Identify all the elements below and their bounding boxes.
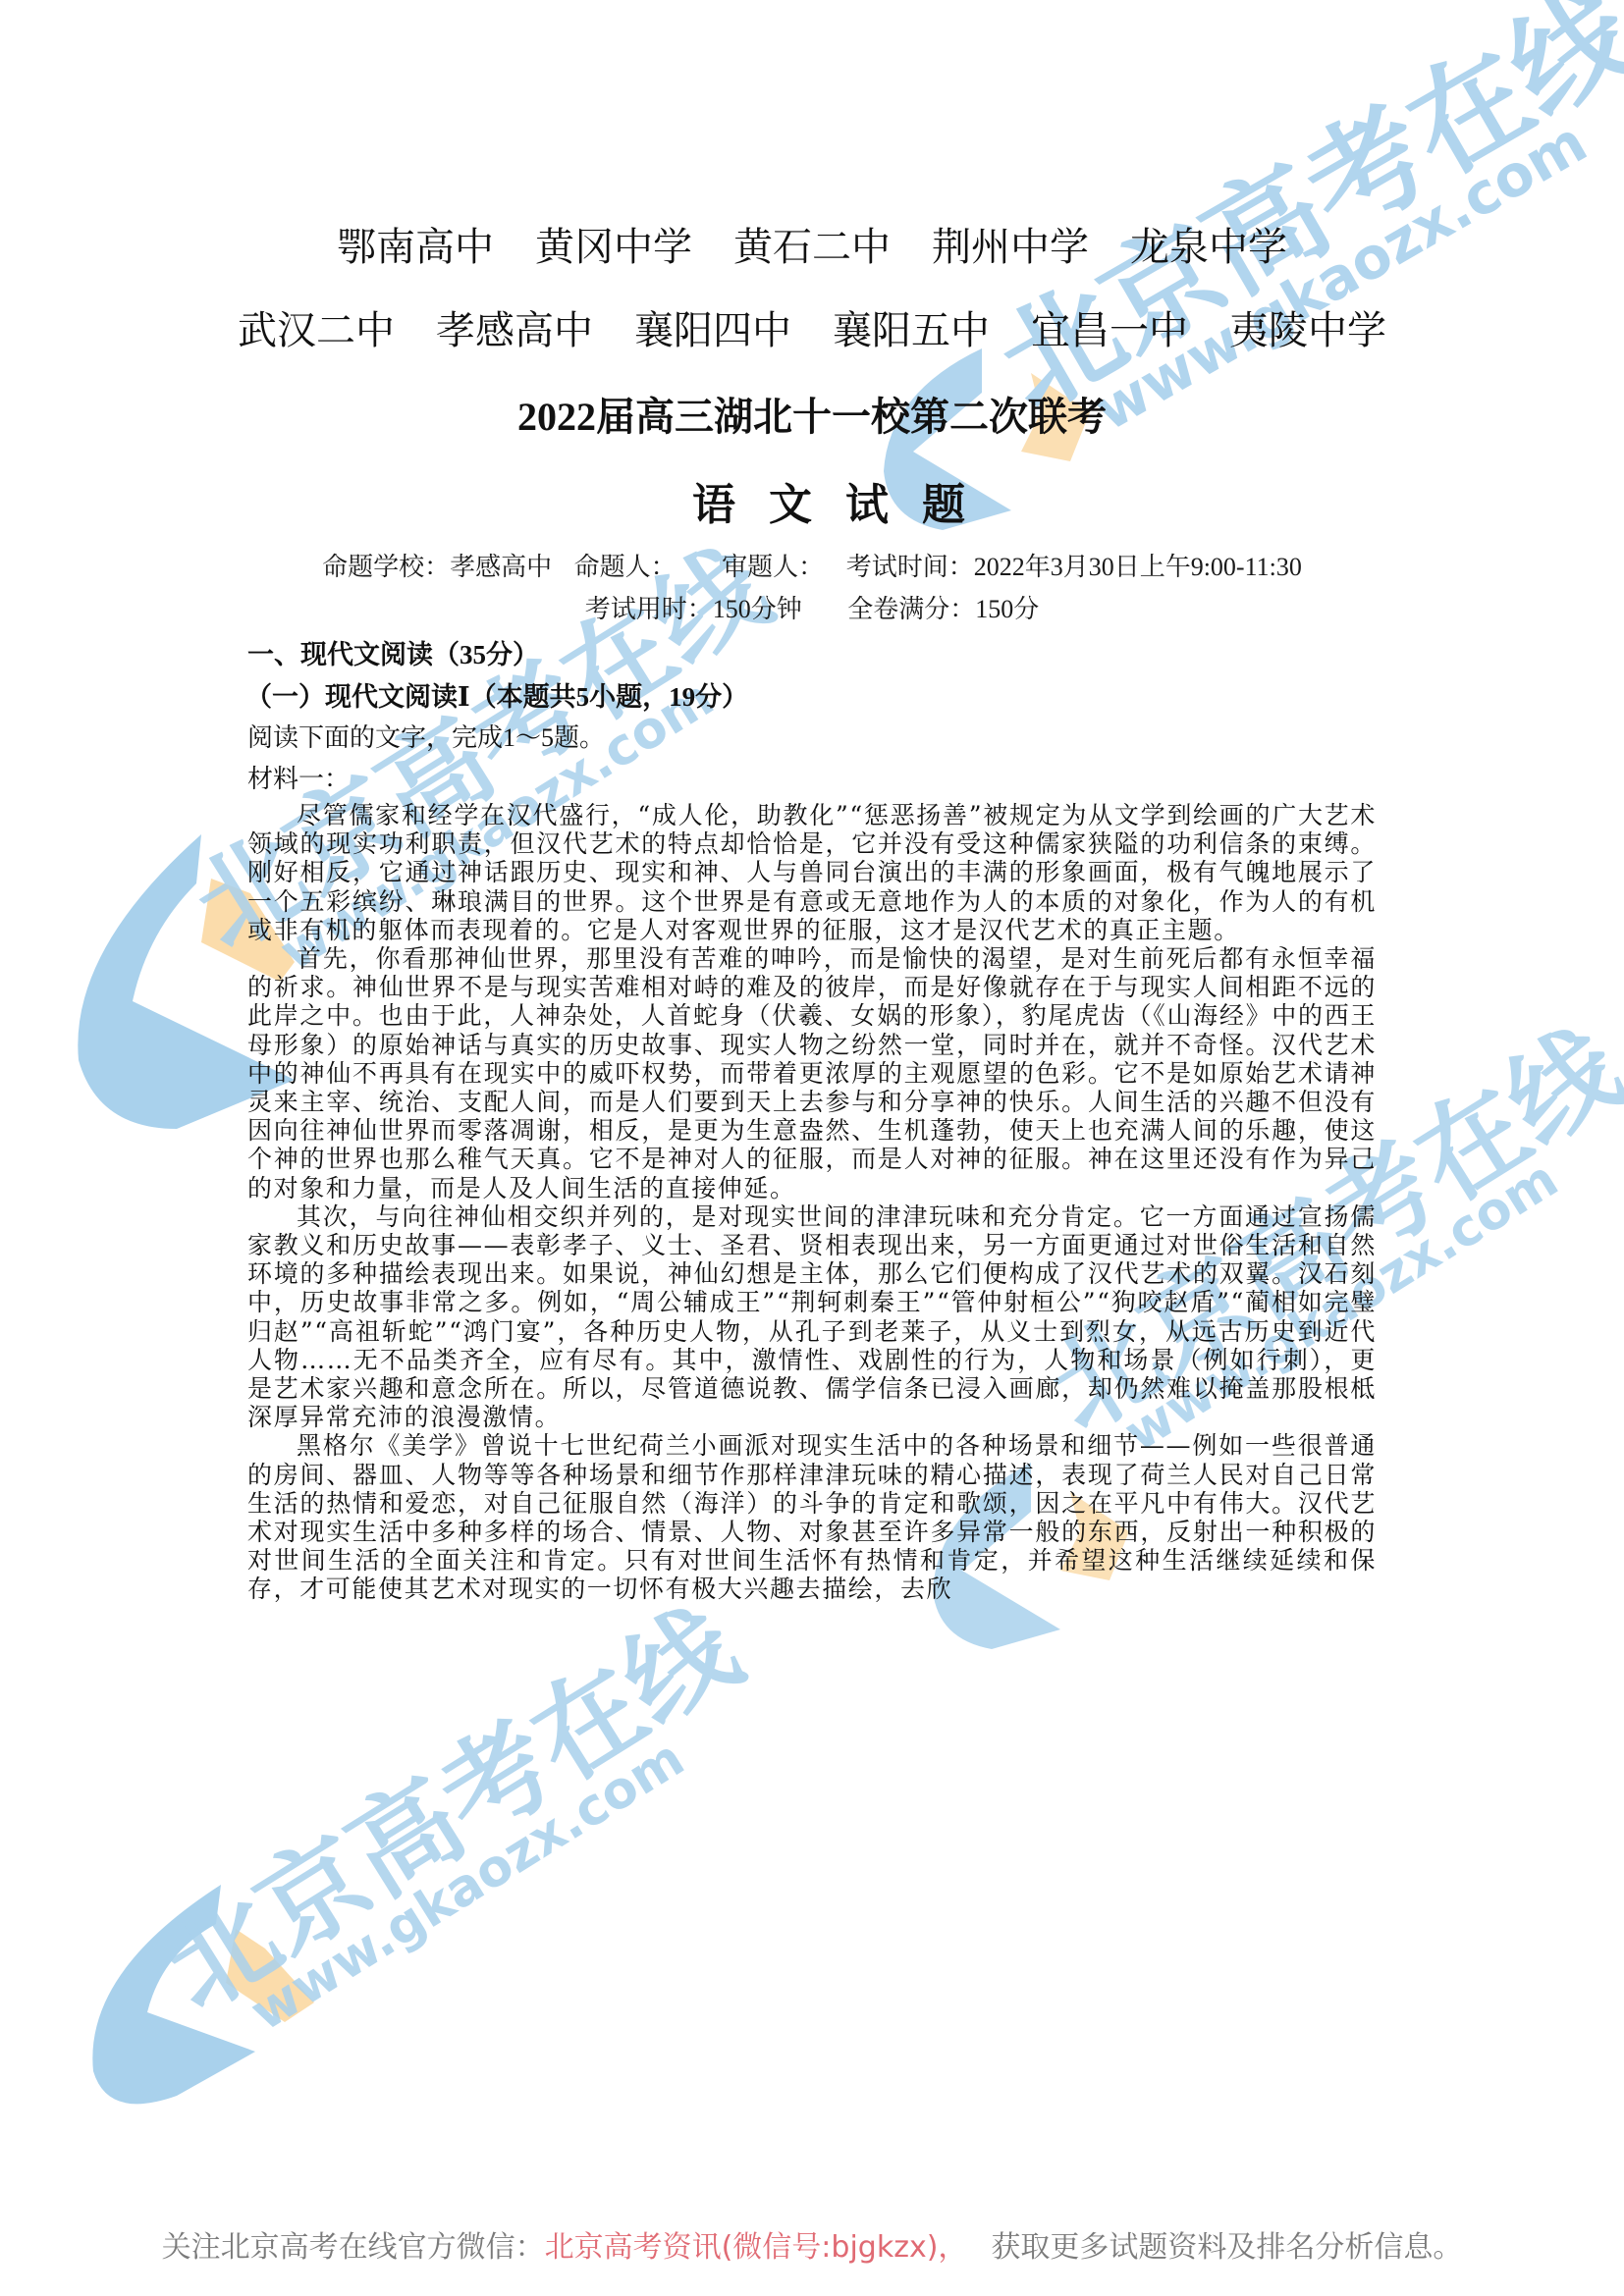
meta-full-score: 全卷满分：150分	[847, 595, 1039, 623]
school-name: 孝感高中	[436, 308, 593, 352]
school-name: 黄石二中	[733, 225, 891, 269]
schools-line-2: 武汉二中 孝感高中 襄阳四中 襄阳五中 宜昌一中 夷陵中学	[0, 299, 1624, 355]
meta-reviewer: 审题人：	[722, 553, 824, 581]
passage-paragraph: 尽管儒家和经学在汉代盛行，“成人伦，助教化”“惩恶扬善”被规定为从文学到绘画的广…	[247, 801, 1377, 944]
meta-exam-time: 考试时间：2022年3月30日上午9:00-11:30	[846, 553, 1302, 581]
exam-meta-line-1: 命题学校：孝感高中 命题人： 审题人： 考试时间：2022年3月30日上午9:0…	[0, 547, 1624, 583]
footer-promo: 关注北京高考在线官方微信：北京高考资讯(微信号:bjgkzx)，获取更多试题资料…	[0, 2222, 1624, 2266]
reading-passage: 尽管儒家和经学在汉代盛行，“成人伦，助教化”“惩恶扬善”被规定为从文学到绘画的广…	[247, 801, 1377, 1604]
footer-wechat-link[interactable]: 北京高考资讯(微信号:bjgkzx)，	[545, 2230, 968, 2265]
school-name: 宜昌一中	[1031, 308, 1188, 352]
passage-paragraph: 首先，你看那神仙世界，那里没有苦难的呻吟，而是愉快的渴望，是对生前死后都有永恒幸…	[247, 944, 1377, 1202]
meta-duration: 考试用时：150分钟	[585, 595, 802, 623]
footer-suffix: 获取更多试题资料及排名分析信息。	[991, 2230, 1462, 2265]
subsection-heading: （一）现代文阅读Ⅰ（本题共5小题，19分）	[245, 675, 748, 714]
subject-title: 语文试题	[0, 469, 1624, 532]
material-label: 材料一：	[247, 759, 350, 795]
meta-school: 命题学校：孝感高中	[322, 553, 552, 581]
schools-line-1: 鄂南高中 黄冈中学 黄石二中 荆州中学 龙泉中学	[0, 216, 1624, 272]
passage-paragraph: 其次，与向往神仙相交织并列的，是对现实世间的津津玩味和充分肯定。它一方面通过宣扬…	[247, 1202, 1377, 1432]
school-name: 襄阳四中	[634, 308, 791, 352]
school-name: 荆州中学	[932, 225, 1089, 269]
school-name: 鄂南高中	[337, 225, 494, 269]
school-name: 夷陵中学	[1229, 308, 1386, 352]
school-name: 武汉二中	[238, 308, 395, 352]
school-name: 龙泉中学	[1130, 225, 1287, 269]
section-heading: 一、现代文阅读（35分）	[247, 633, 539, 671]
footer-prefix: 关注北京高考在线官方微信：	[162, 2230, 545, 2265]
school-name: 襄阳五中	[833, 308, 990, 352]
school-name: 黄冈中学	[535, 225, 692, 269]
instruction-text: 阅读下面的文字，完成1～5题。	[247, 718, 605, 754]
meta-author: 命题人：	[574, 553, 677, 581]
exam-page: 鄂南高中 黄冈中学 黄石二中 荆州中学 龙泉中学 武汉二中 孝感高中 襄阳四中 …	[0, 0, 1624, 2296]
exam-title: 2022届高三湖北十一校第二次联考	[0, 386, 1624, 442]
passage-paragraph: 黑格尔《美学》曾说十七世纪荷兰小画派对现实生活中的各种场景和细节——例如一些很普…	[247, 1431, 1377, 1603]
exam-meta-line-2: 考试用时：150分钟 全卷满分：150分	[0, 589, 1624, 625]
